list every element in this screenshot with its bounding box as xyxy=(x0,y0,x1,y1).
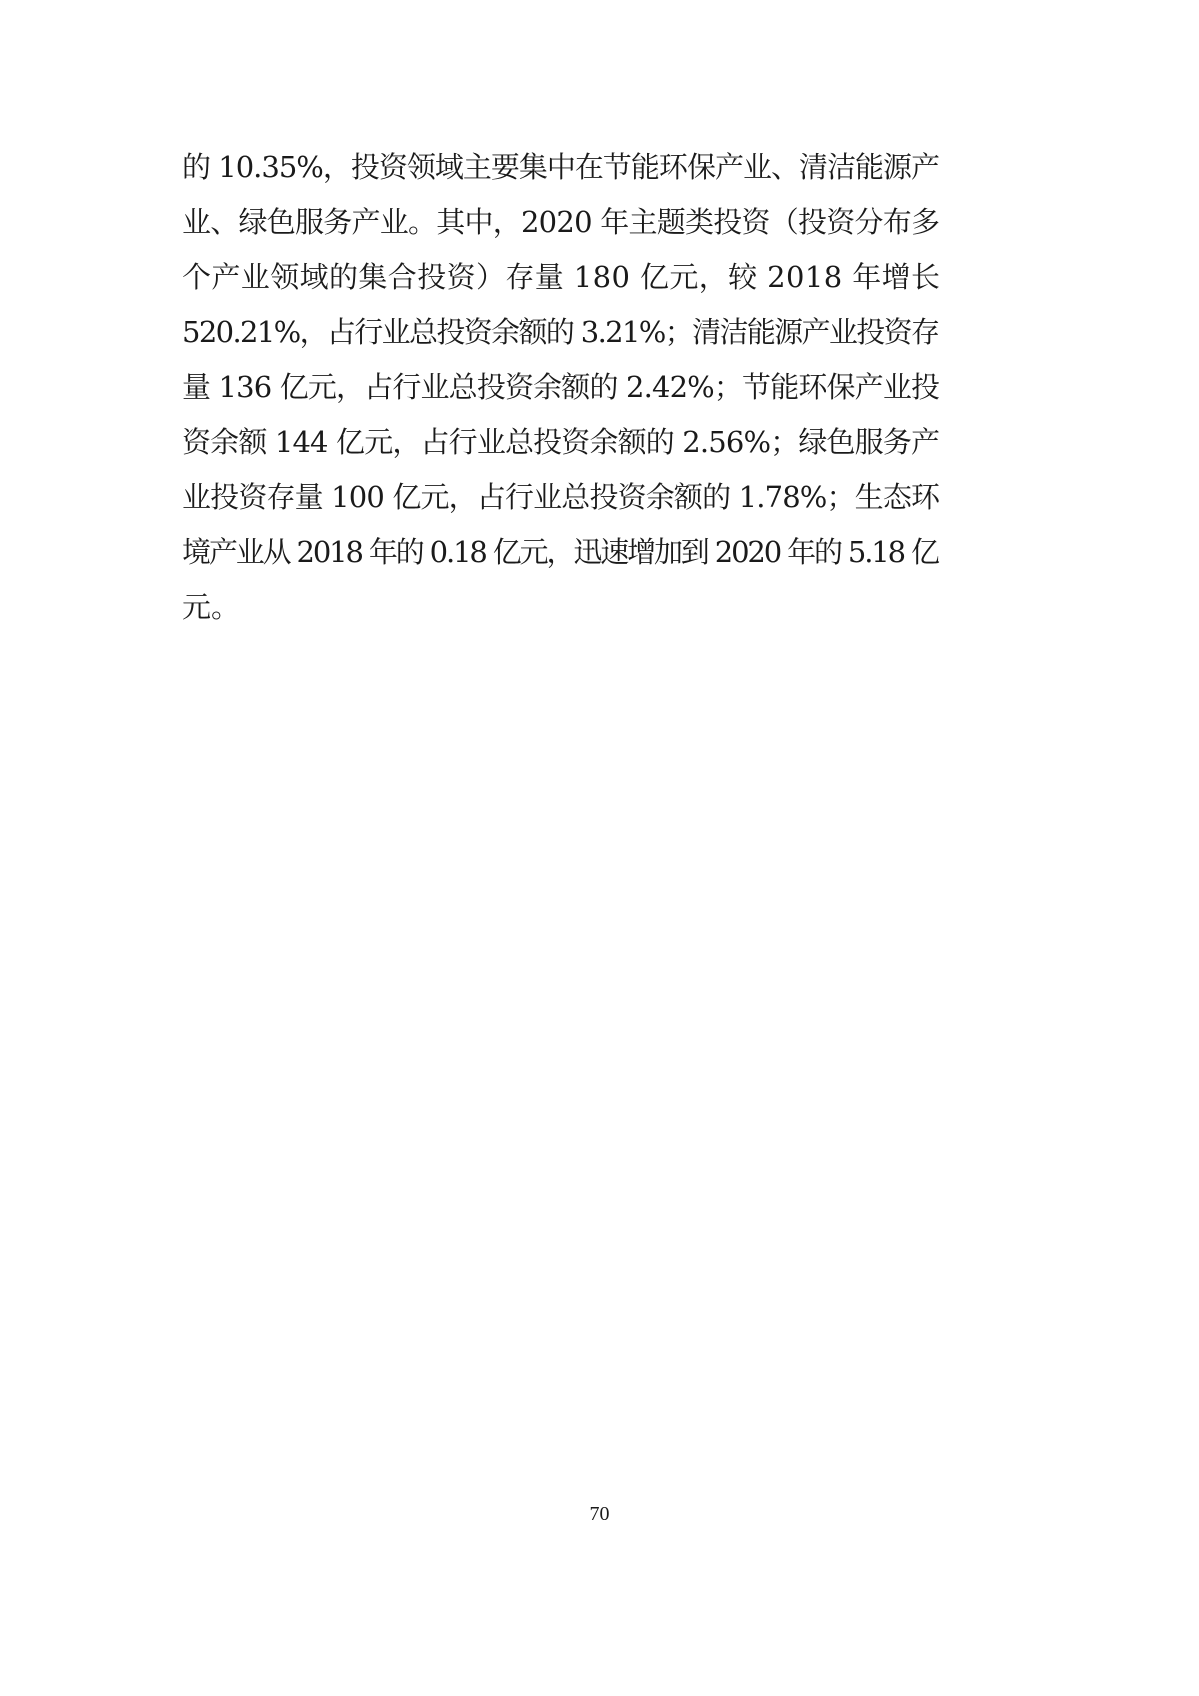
page-number: 70 xyxy=(0,1503,1199,1526)
body-paragraph: 的 10.35%，投资领域主要集中在节能环保产业、清洁能源产 业、绿色服务产业。… xyxy=(182,140,1022,635)
paragraph-line: 资余额 144 亿元，占行业总投资余额的 2.56%；绿色服务产 xyxy=(182,415,1022,470)
paragraph-line: 个产业领域的集合投资）存量 180 亿元，较 2018 年增长 xyxy=(182,250,1022,305)
paragraph-line: 业投资存量 100 亿元，占行业总投资余额的 1.78%；生态环 xyxy=(182,470,1022,525)
document-page: 的 10.35%，投资领域主要集中在节能环保产业、清洁能源产 业、绿色服务产业。… xyxy=(0,0,1199,1696)
paragraph-line: 境产业从 2018 年的 0.18 亿元，迅速增加到 2020 年的 5.18 … xyxy=(182,525,1022,580)
paragraph-line: 520.21%，占行业总投资余额的 3.21%；清洁能源产业投资存 xyxy=(182,305,1022,360)
paragraph-line: 量 136 亿元，占行业总投资余额的 2.42%；节能环保产业投 xyxy=(182,360,1022,415)
paragraph-line: 业、绿色服务产业。其中，2020 年主题类投资（投资分布多 xyxy=(182,195,1022,250)
paragraph-line: 的 10.35%，投资领域主要集中在节能环保产业、清洁能源产 xyxy=(182,140,1022,195)
paragraph-line: 元。 xyxy=(182,580,1022,635)
